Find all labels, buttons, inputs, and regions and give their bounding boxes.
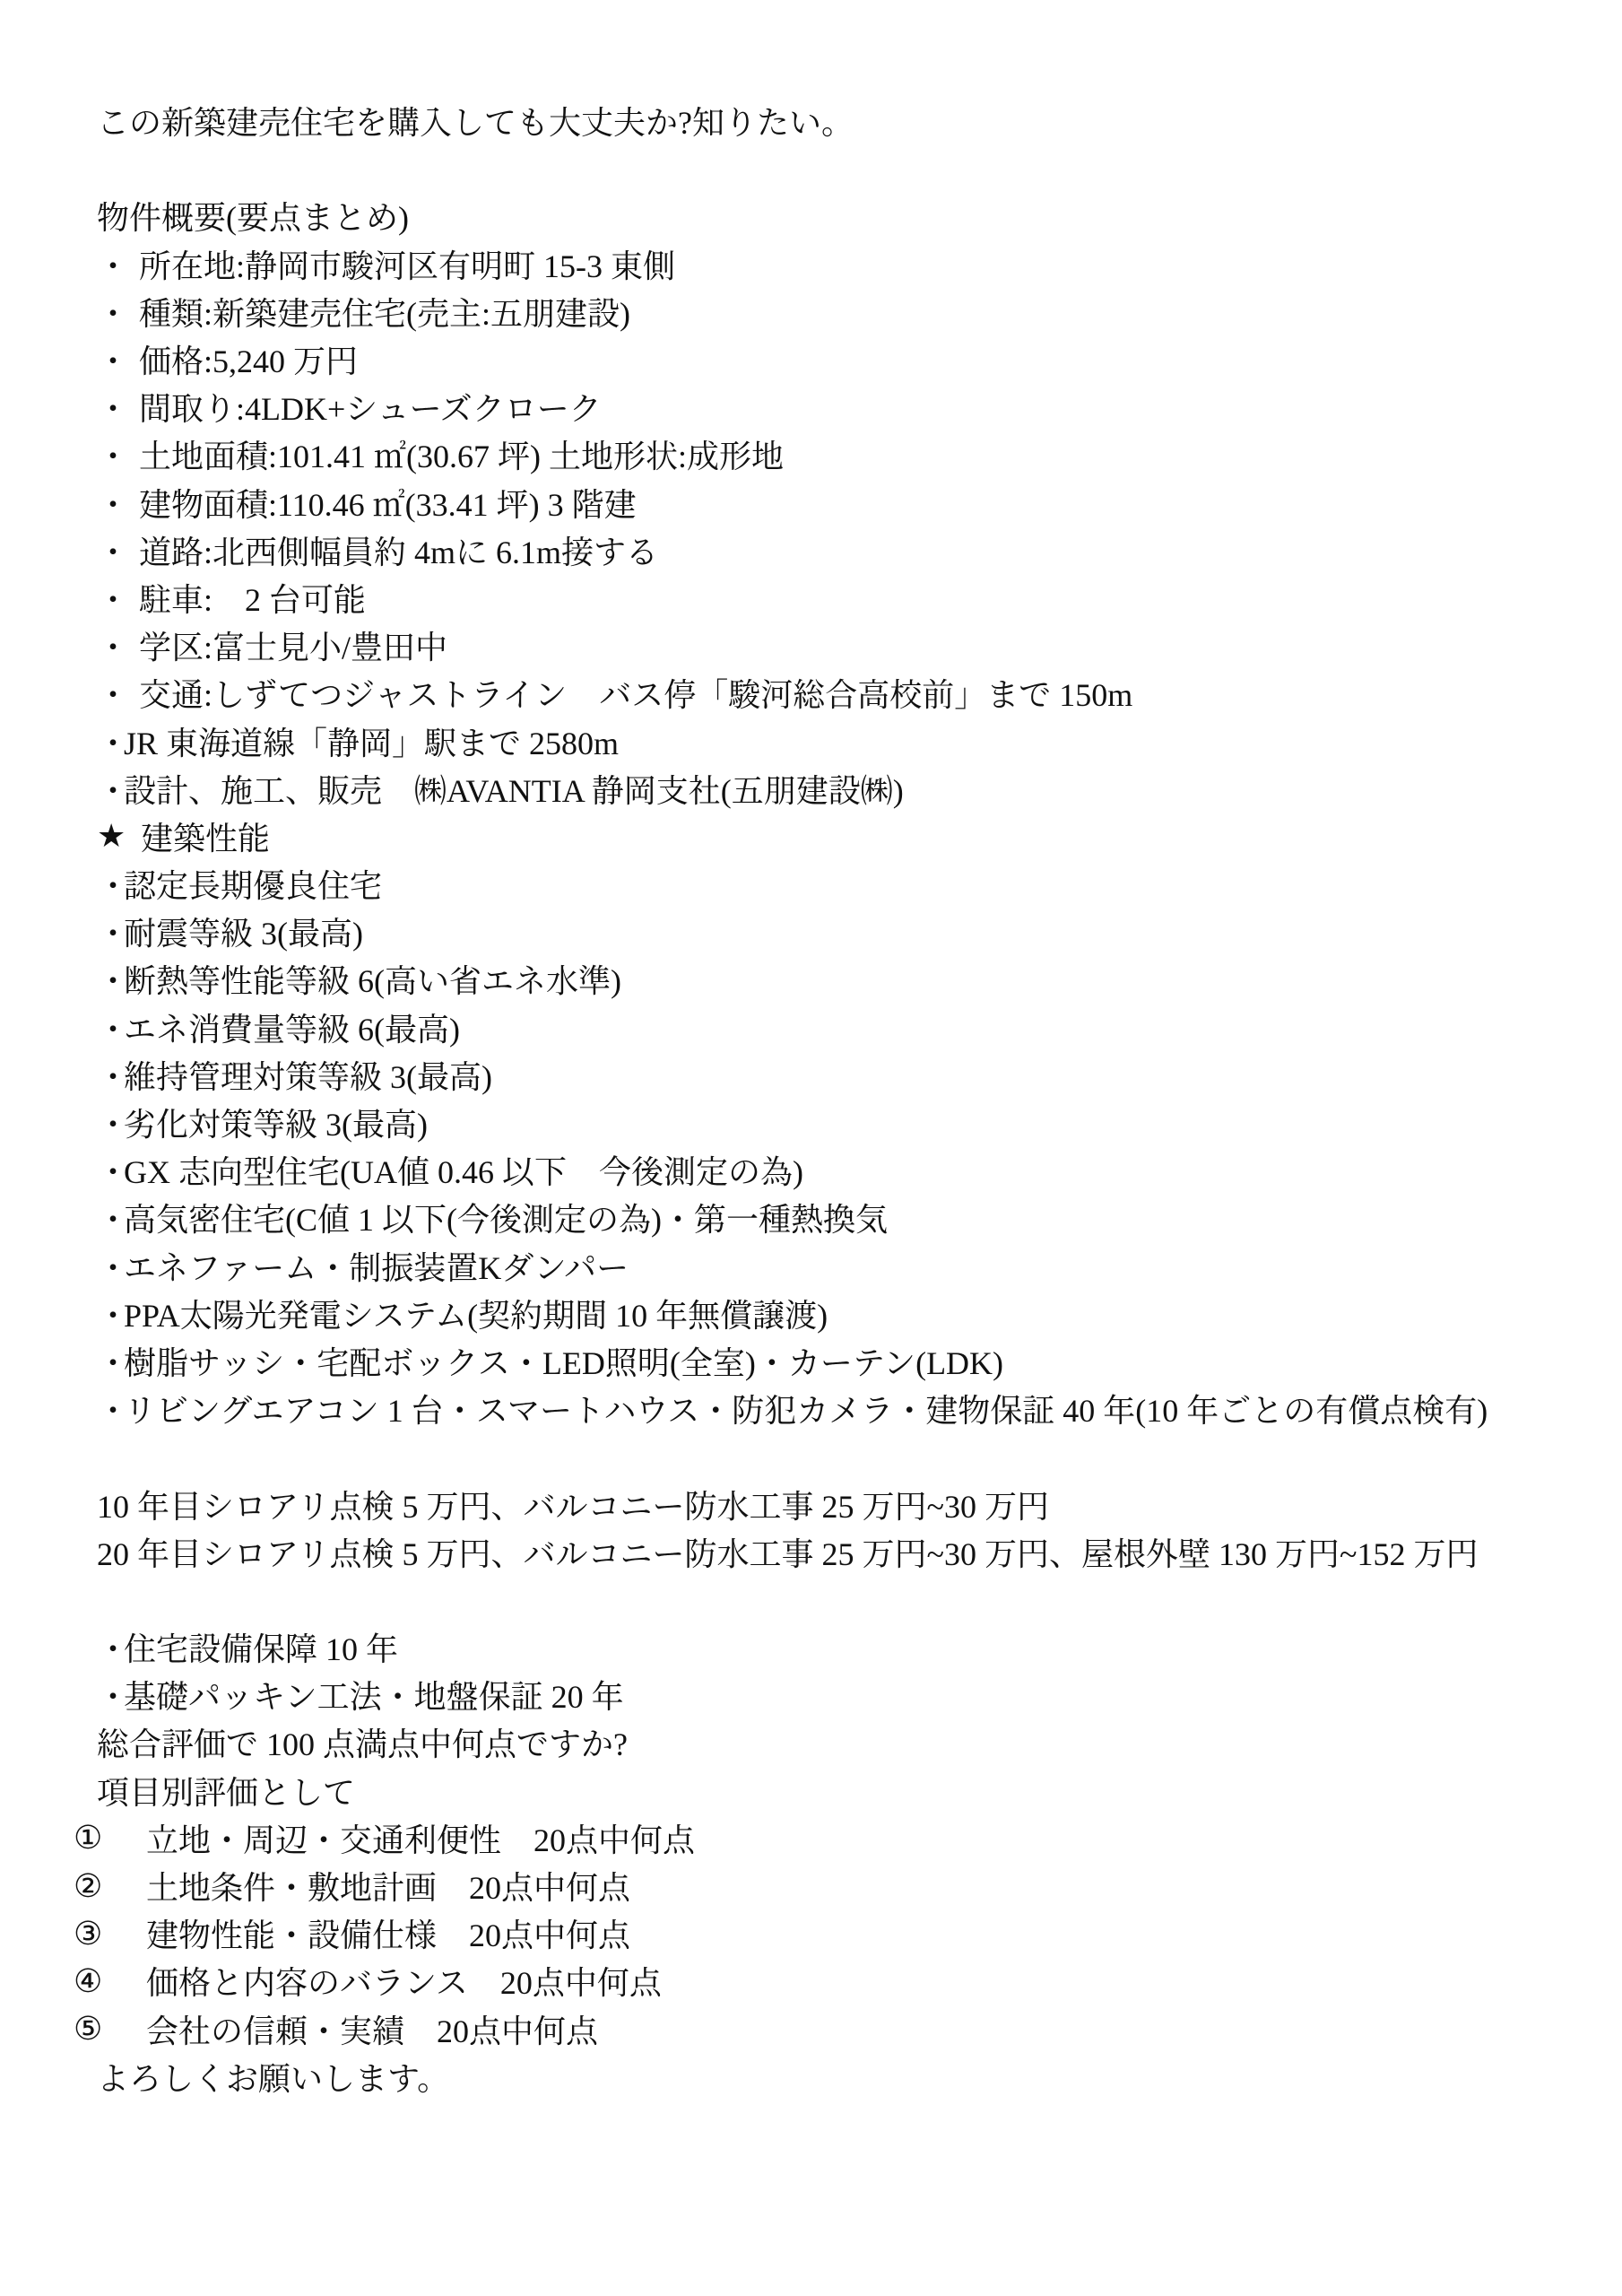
line-text: 土地面積:101.41 ㎡(30.67 坪) 土地形状:成形地 [139,431,784,477]
document-line: ③建物性能・設備仕様 20点中何点 [0,1909,1622,1957]
document-line: ・高気密住宅(C値 1 以下(今後測定の為)・第一種熱換気 [0,1194,1622,1241]
bullet-icon: ・ [97,622,139,668]
document-line: ・価格:5,240 万円 [0,335,1622,383]
document-line: ①立地・周辺・交通利便性 20点中何点 [0,1814,1622,1862]
line-text: 立地・周辺・交通利便性 20点中何点 [146,1815,695,1861]
document-line: ・断熱等性能等級 6(高い省エネ水準) [0,955,1622,1003]
line-text: 土地条件・敷地計画 20点中何点 [146,1863,630,1909]
document-line: 20 年目シロアリ点検 5 万円、バルコニー防水工事 25 万円~30 万円、屋… [0,1528,1622,1576]
line-text: 10 年目シロアリ点検 5 万円、バルコニー防水工事 25 万円~30 万円 [97,1482,1049,1527]
line-text: 断熱等性能等級 6(高い省エネ水準) [124,956,621,1002]
line-text: 高気密住宅(C値 1 以下(今後測定の為)・第一種熱換気 [124,1195,888,1240]
document-line: ・リビングエアコン 1 台・スマートハウス・防犯カメラ・建物保証 40 年(10… [0,1385,1622,1432]
document-line: ④価格と内容のバランス 20点中何点 [0,1957,1622,2005]
document-line: ・建物面積:110.46 ㎡(33.41 坪) 3 階建 [0,479,1622,526]
bullet-icon: ・ [97,1672,124,1718]
line-text: 道路:北西側幅員約 4mに 6.1m接する [139,527,658,573]
document-line: ⑤会社の信頼・実績 20点中何点 [0,2005,1622,2053]
document-line: ・学区:富士見小/豊田中 [0,622,1622,669]
line-text: 20 年目シロアリ点検 5 万円、バルコニー防水工事 25 万円~30 万円、屋… [97,1529,1479,1575]
bullet-icon: ・ [97,1386,124,1431]
document-line: 項目別評価として [0,1767,1622,1814]
line-text: エネ消費量等級 6(最高) [124,1004,460,1050]
line-text: 住宅設備保障 10 年 [124,1624,398,1670]
document-line: ★建築性能 [0,813,1622,860]
line-text: リビングエアコン 1 台・スマートハウス・防犯カメラ・建物保証 40 年(10 … [124,1386,1488,1431]
line-text: 種類:新築建売住宅(売主:五朋建設) [139,289,630,335]
document-line: ・維持管理対策等級 3(最高) [0,1051,1622,1099]
blank-line [0,144,1622,192]
bullet-icon: ・ [97,1100,124,1145]
document-page: この新築建売住宅を購入しても大丈夫か?知りたい。物件概要(要点まとめ)・所在地:… [0,0,1622,2296]
bullet-icon: ・ [97,956,124,1002]
bullet-icon: ・ [97,861,124,907]
bullet-icon: ・ [97,1147,124,1193]
bullet-icon: ・ [97,480,139,526]
document-line: ・エネファーム・制振装置Kダンパー [0,1242,1622,1290]
blank-line [0,1432,1622,1480]
line-text: 会社の信頼・実績 20点中何点 [146,2006,598,2052]
bullet-icon: ・ [97,1624,124,1670]
circled-number-5-icon: ⑤ [74,2010,146,2048]
circled-number-1-icon: ① [74,1819,146,1857]
line-text: 学区:富士見小/豊田中 [139,622,447,668]
line-text: 交通:しずてつジャストライン バス停「駿河総合高校前」まで 150m [139,670,1132,716]
bullet-icon: ・ [97,1338,124,1384]
circled-number-4-icon: ④ [74,1962,146,2000]
document-line: ②土地条件・敷地計画 20点中何点 [0,1862,1622,1909]
line-text: 価格:5,240 万円 [139,336,358,382]
line-text: 建物面積:110.46 ㎡(33.41 坪) 3 階建 [139,480,637,526]
document-line: よろしくお願いします。 [0,2053,1622,2100]
bullet-icon: ・ [97,384,139,430]
circled-number-2-icon: ② [74,1867,146,1905]
document-line: ・耐震等級 3(最高) [0,908,1622,955]
document-line: ・GX 志向型住宅(UA値 0.46 以下 今後測定の為) [0,1146,1622,1194]
bullet-icon: ・ [97,1291,124,1336]
document-line: ・JR 東海道線「静岡」駅まで 2580m [0,717,1622,764]
document-line: ・交通:しずてつジャストライン バス停「駿河総合高校前」まで 150m [0,669,1622,717]
bullet-icon: ・ [97,1052,124,1098]
document-line: 10 年目シロアリ点検 5 万円、バルコニー防水工事 25 万円~30 万円 [0,1480,1622,1527]
line-text: この新築建売住宅を購入しても大丈夫か?知りたい。 [97,98,854,143]
line-text: 認定長期優良住宅 [124,861,382,907]
document-line: ・設計、施工、販売 ㈱AVANTIA 静岡支社(五朋建設㈱) [0,765,1622,813]
document-line: ・PPA太陽光発電システム(契約期間 10 年無償譲渡) [0,1290,1622,1337]
line-text: 基礎パッキン工法・地盤保証 20 年 [124,1672,624,1718]
document-line: ・エネ消費量等級 6(最高) [0,1004,1622,1051]
line-text: 建築性能 [141,813,270,859]
line-text: 価格と内容のバランス 20点中何点 [146,1958,662,2004]
line-text: 設計、施工、販売 ㈱AVANTIA 静岡支社(五朋建設㈱) [124,766,904,812]
document-line: ・所在地:静岡市駿河区有明町 15-3 東側 [0,240,1622,288]
document-line: ・駐車: 2 台可能 [0,574,1622,622]
line-text: 項目別評価として [97,1768,355,1813]
document-line: この新築建売住宅を購入しても大丈夫か?知りたい。 [0,97,1622,144]
line-text: 駐車: 2 台可能 [139,575,366,621]
line-text: 劣化対策等級 3(最高) [124,1100,428,1145]
line-text: 間取り:4LDK+シューズクローク [139,384,602,430]
blank-line [0,1576,1622,1623]
line-text: 耐震等級 3(最高) [124,909,363,954]
line-text: JR 東海道線「静岡」駅まで 2580m [124,718,619,764]
bullet-icon: ・ [97,1004,124,1050]
document-line: ・劣化対策等級 3(最高) [0,1099,1622,1146]
circled-number-3-icon: ③ [74,1915,146,1952]
line-text: PPA太陽光発電システム(契約期間 10 年無償譲渡) [124,1291,828,1336]
line-text: エネファーム・制振装置Kダンパー [124,1243,629,1289]
star-icon: ★ [97,817,141,855]
line-text: 建物性能・設備仕様 20点中何点 [146,1910,630,1956]
bullet-icon: ・ [97,766,124,812]
bullet-icon: ・ [97,575,139,621]
line-text: 樹脂サッシ・宅配ボックス・LED照明(全室)・カーテン(LDK) [124,1338,1003,1384]
document-line: 物件概要(要点まとめ) [0,192,1622,239]
bullet-icon: ・ [97,241,139,287]
document-line: ・基礎パッキン工法・地盤保証 20 年 [0,1671,1622,1718]
line-text: 維持管理対策等級 3(最高) [124,1052,492,1098]
bullet-icon: ・ [97,670,139,716]
document-line: ・間取り:4LDK+シューズクローク [0,383,1622,430]
bullet-icon: ・ [97,718,124,764]
line-text: 物件概要(要点まとめ) [97,193,409,239]
bullet-icon: ・ [97,289,139,335]
bullet-icon: ・ [97,1243,124,1289]
line-text: 所在地:静岡市駿河区有明町 15-3 東側 [139,241,675,287]
bullet-icon: ・ [97,431,139,477]
document-line: ・樹脂サッシ・宅配ボックス・LED照明(全室)・カーテン(LDK) [0,1337,1622,1385]
line-text: よろしくお願いします。 [97,2054,449,2100]
document-line: ・認定長期優良住宅 [0,860,1622,908]
bullet-icon: ・ [97,909,124,954]
document-line: 総合評価で 100 点満点中何点ですか? [0,1718,1622,1766]
document-line: ・道路:北西側幅員約 4mに 6.1m接する [0,526,1622,574]
line-text: 総合評価で 100 点満点中何点ですか? [97,1719,628,1765]
bullet-icon: ・ [97,336,139,382]
document-line: ・種類:新築建売住宅(売主:五朋建設) [0,288,1622,335]
bullet-icon: ・ [97,527,139,573]
document-line: ・住宅設備保障 10 年 [0,1623,1622,1671]
bullet-icon: ・ [97,1195,124,1240]
document-line: ・土地面積:101.41 ㎡(30.67 坪) 土地形状:成形地 [0,430,1622,478]
line-text: GX 志向型住宅(UA値 0.46 以下 今後測定の為) [124,1147,803,1193]
